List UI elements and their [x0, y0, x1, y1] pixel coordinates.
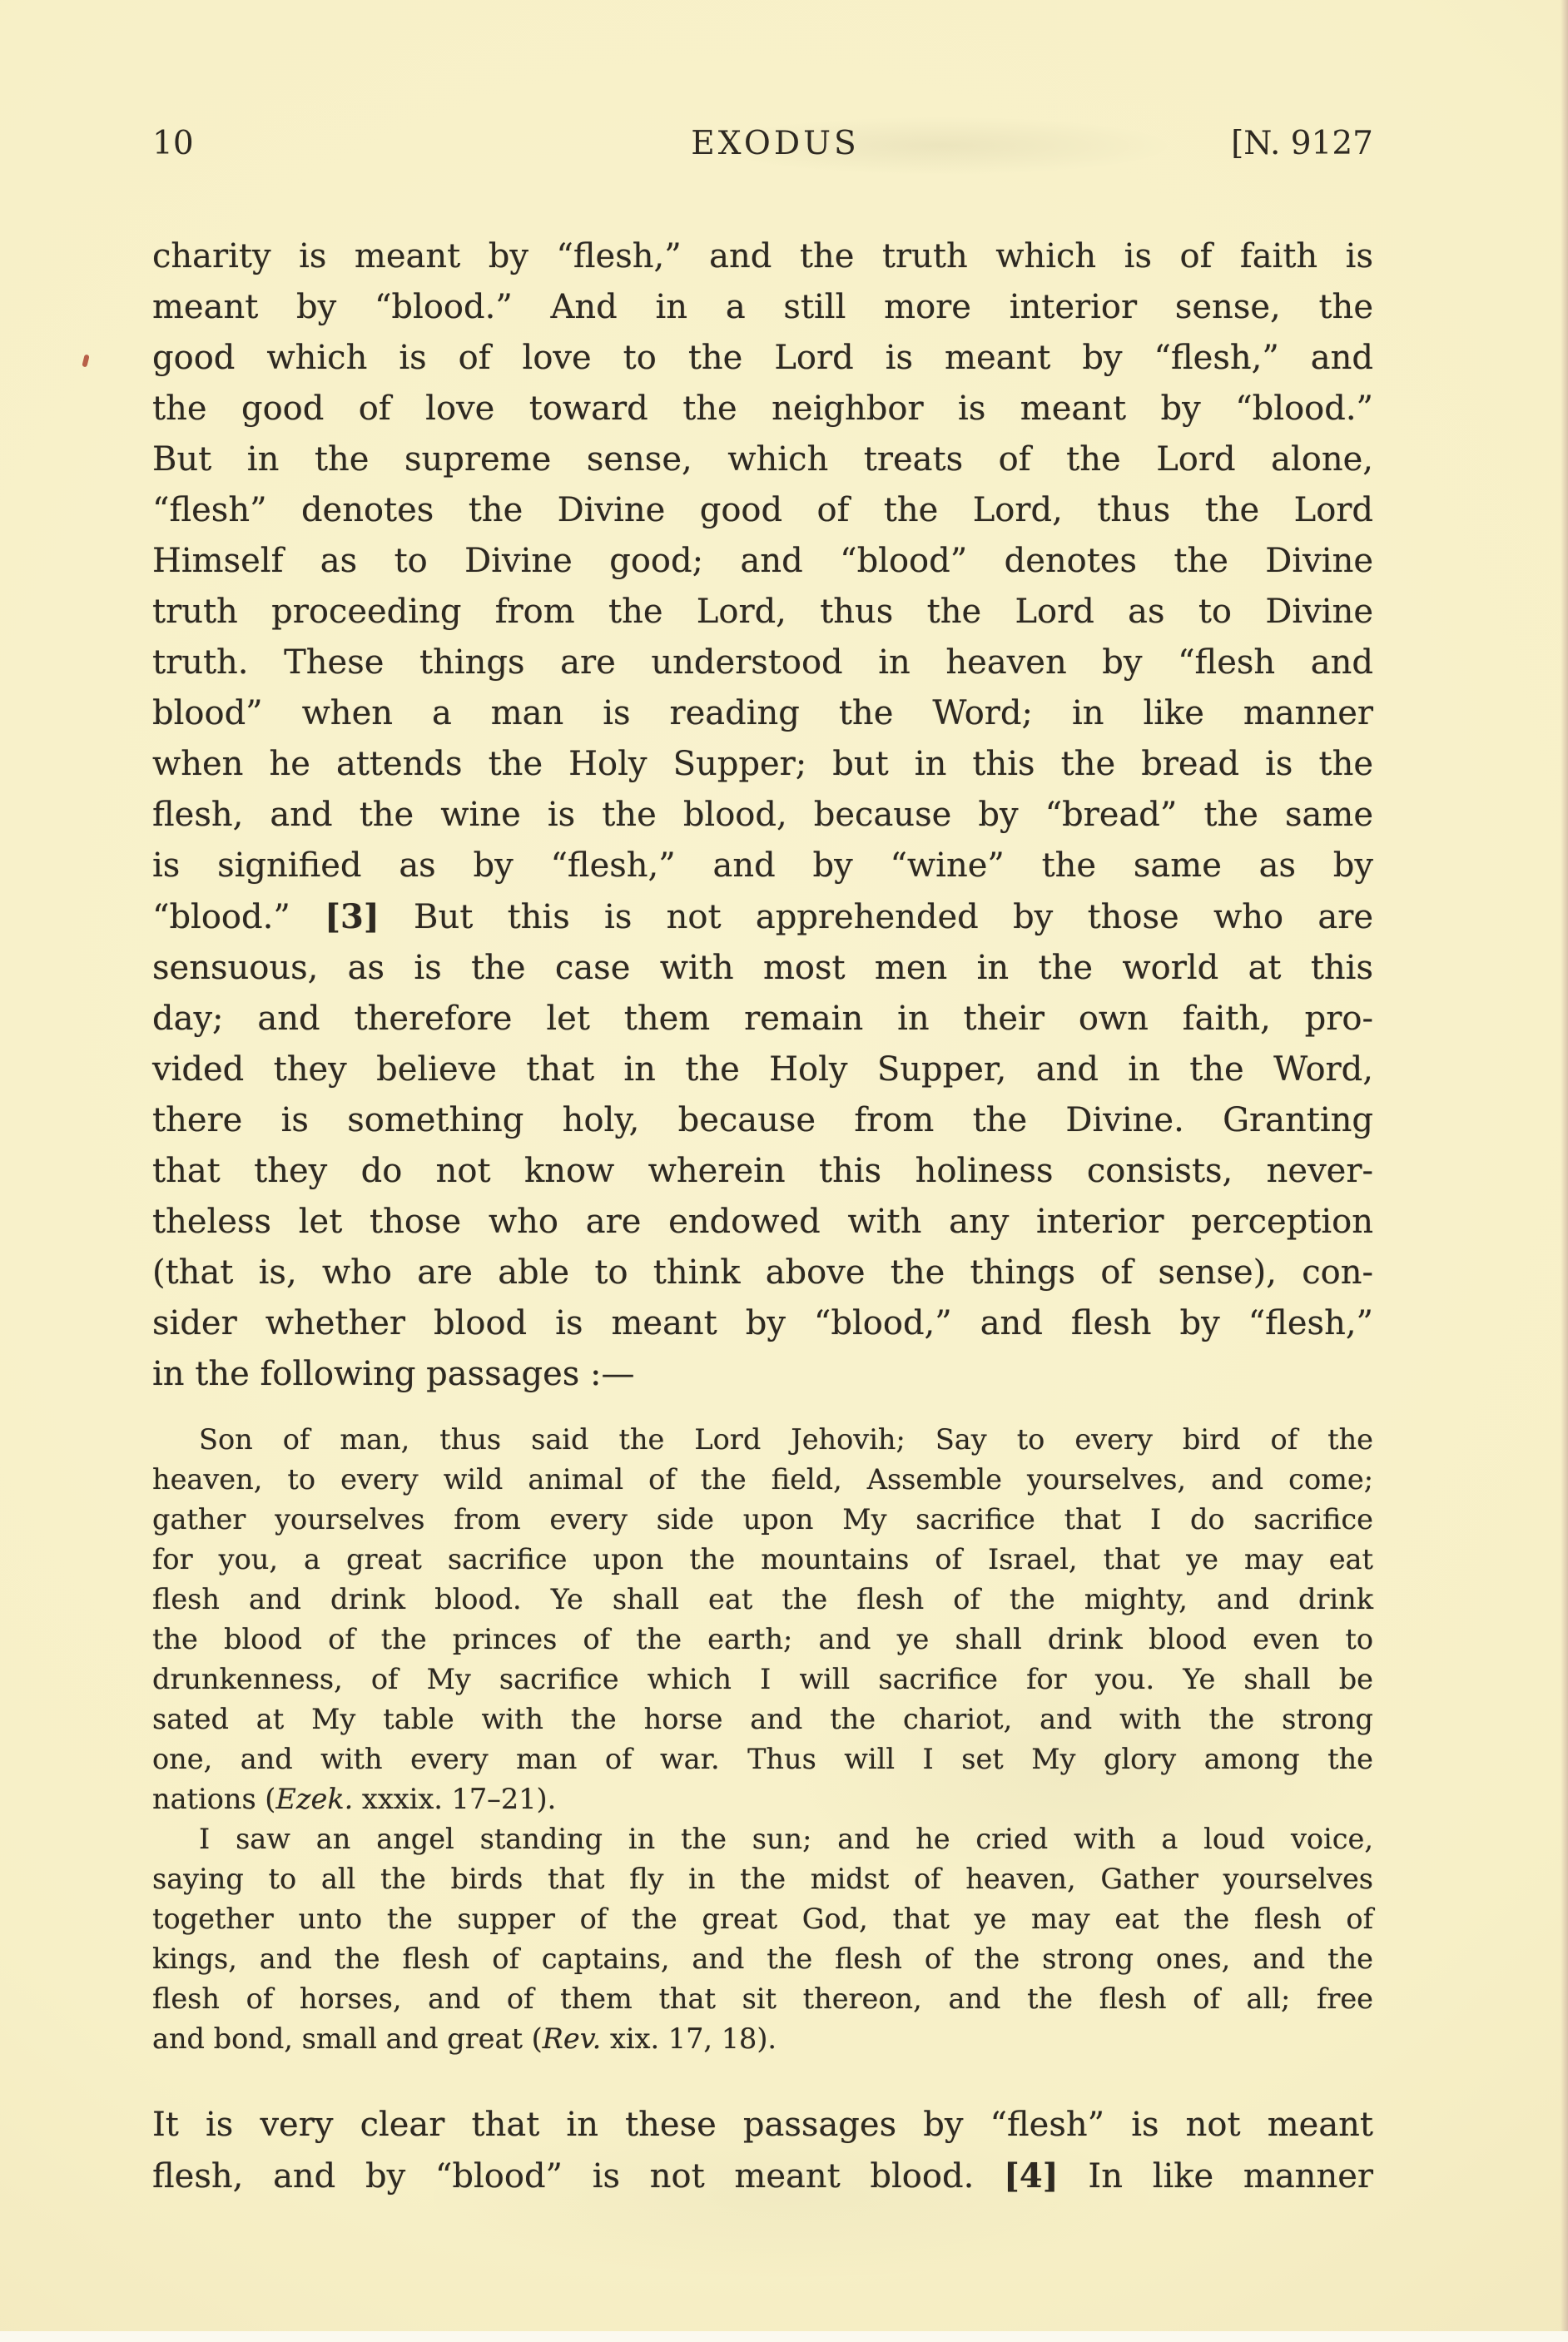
text-line: vided they believe that in the Holy Supp…	[152, 1044, 1373, 1095]
text-line: the good of love toward the neighbor is …	[152, 384, 1373, 434]
page-header: 10 EXODUS [N. 9127	[152, 125, 1373, 166]
red-ink-speck	[82, 354, 89, 367]
text-line: is signified as by “flesh,” and by “wine…	[152, 841, 1373, 891]
paragraph-main: charity is meant by “flesh,” and the tru…	[152, 231, 1373, 1400]
text-line: sensuous, as is the case with most men i…	[152, 943, 1373, 994]
quote-paragraph-ezekiel: Son of man, thus said the Lord Jehovih; …	[152, 1420, 1373, 1819]
text-line: for you, a great sacrifice upon the moun…	[152, 1540, 1373, 1580]
text-line: meant by “blood.” And in a still more in…	[152, 282, 1373, 333]
text-line: charity is meant by “flesh,” and the tru…	[152, 231, 1373, 282]
text-line: theless let those who are endowed with a…	[152, 1197, 1373, 1248]
text-line: sider whether blood is meant by “blood,”…	[152, 1298, 1373, 1349]
text-line: truth proceeding from the Lord, thus the…	[152, 587, 1373, 638]
text-line: (that is, who are able to think above th…	[152, 1248, 1373, 1298]
text-line: Son of man, thus said the Lord Jehovih; …	[152, 1420, 1373, 1460]
text-line: But in the supreme sense, which treats o…	[152, 434, 1373, 485]
quote-paragraph-revelation: I saw an angel standing in the sun; and …	[152, 1819, 1373, 2059]
text-line: Himself as to Divine good; and “blood” d…	[152, 536, 1373, 587]
text-line: saying to all the birds that fly in the …	[152, 1859, 1373, 1899]
text-line: flesh, and the wine is the blood, becaus…	[152, 790, 1373, 841]
text-line: nations (Ezek. xxxix. 17–21).	[152, 1779, 1373, 1819]
running-title: EXODUS	[177, 125, 1373, 162]
text-line: I saw an angel standing in the sun; and …	[152, 1819, 1373, 1859]
text-line: when he attends the Holy Supper; but in …	[152, 739, 1373, 790]
text-line: together unto the supper of the great Go…	[152, 1899, 1373, 1939]
paragraph-closing: It is very clear that in these passages …	[152, 2099, 1373, 2202]
text-line: flesh and drink blood. Ye shall eat the …	[152, 1580, 1373, 1620]
text-line: one, and with every man of war. Thus wil…	[152, 1739, 1373, 1779]
scan-bottom-edge	[0, 2331, 1568, 2342]
text-line: flesh, and by “blood” is not meant blood…	[152, 2151, 1373, 2202]
text-line: heaven, to every wild animal of the fiel…	[152, 1460, 1373, 1500]
text-line: there is something holy, because from th…	[152, 1095, 1373, 1146]
text-line: and bond, small and great (Rev. xix. 17,…	[152, 2019, 1373, 2059]
text-line: that they do not know wherein this holin…	[152, 1146, 1373, 1197]
text-line: drunkenness, of My sacrifice which I wil…	[152, 1660, 1373, 1699]
text-line: in the following passages :—	[152, 1349, 1373, 1400]
text-line: truth. These things are understood in he…	[152, 638, 1373, 688]
text-line: It is very clear that in these passages …	[152, 2099, 1373, 2151]
text-line: sated at My table with the horse and the…	[152, 1699, 1373, 1739]
text-line: good which is of love to the Lord is mea…	[152, 333, 1373, 384]
text-line: the blood of the princes of the earth; a…	[152, 1620, 1373, 1660]
text-line: “blood.” [3] But this is not apprehended…	[152, 891, 1373, 943]
text-line: gather yourselves from every side upon M…	[152, 1500, 1373, 1540]
text-line: blood” when a man is reading the Word; i…	[152, 688, 1373, 739]
page-edge-shadow	[1561, 0, 1568, 2342]
text-line: day; and therefore let them remain in th…	[152, 994, 1373, 1044]
section-number-ref: [N. 9127	[1231, 125, 1373, 162]
text-line: kings, and the flesh of captains, and th…	[152, 1939, 1373, 1979]
scripture-quote-block: Son of man, thus said the Lord Jehovih; …	[152, 1420, 1373, 2059]
text-line: flesh of horses, and of them that sit th…	[152, 1979, 1373, 2019]
text-line: “flesh” denotes the Divine good of the L…	[152, 485, 1373, 536]
book-page: 10 EXODUS [N. 9127 charity is meant by “…	[0, 0, 1568, 2342]
